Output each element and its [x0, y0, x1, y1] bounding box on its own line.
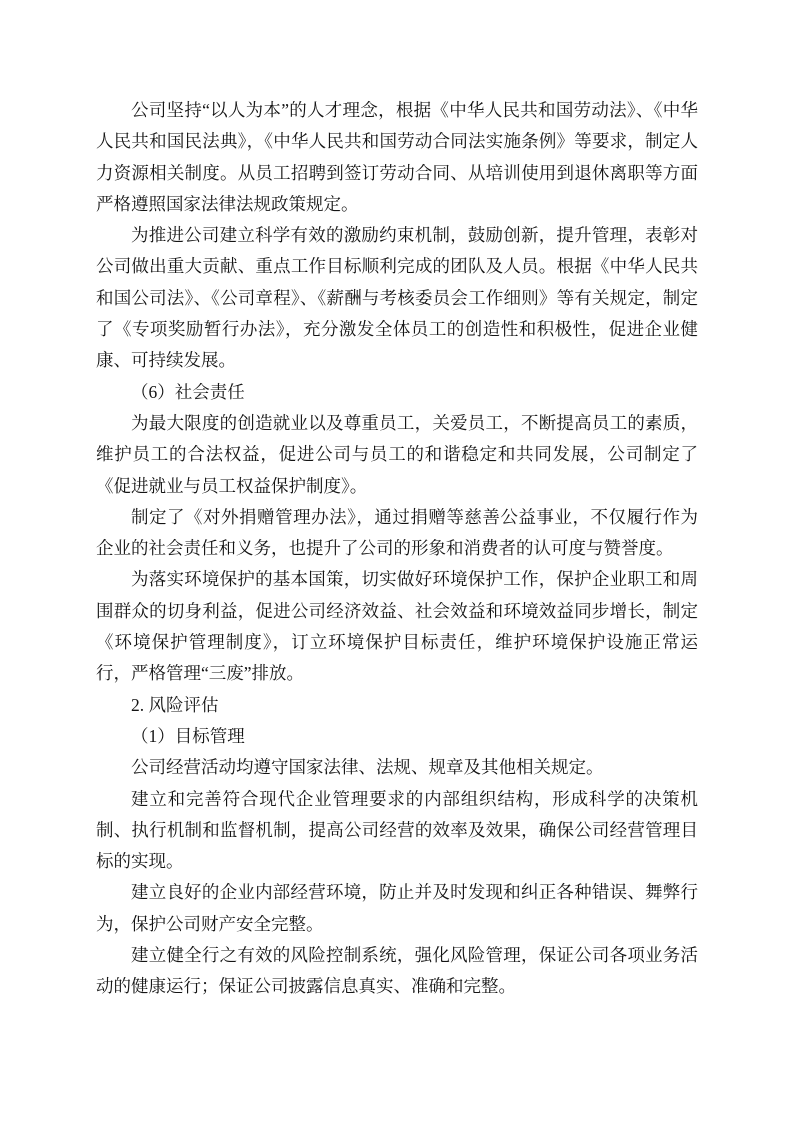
paragraph: 制定了《对外捐赠管理办法》，通过捐赠等慈善公益事业，不仅履行作为企业的社会责任和…	[96, 502, 698, 565]
paragraph: 建立和完善符合现代企业管理要求的内部组织结构，形成科学的决策机制、执行机制和监督…	[96, 784, 698, 878]
section-heading: 2. 风险评估	[96, 690, 698, 721]
section-heading: （6）社会责任	[96, 377, 698, 408]
paragraph: 公司经营活动均遵守国家法律、法规、规章及其他相关规定。	[96, 752, 698, 783]
paragraph: 公司坚持“以人为本”的人才理念，根据《中华人民共和国劳动法》、《中华人民共和国民…	[96, 95, 698, 220]
paragraph: 为推进公司建立科学有效的激励约束机制，鼓励创新，提升管理，表彰对公司做出重大贡献…	[96, 220, 698, 376]
paragraph: 为落实环境保护的基本国策，切实做好环境保护工作，保护企业职工和周围群众的切身利益…	[96, 564, 698, 689]
paragraph: 为最大限度的创造就业以及尊重员工，关爱员工，不断提高员工的素质，维护员工的合法权…	[96, 408, 698, 502]
paragraph: 建立良好的企业内部经营环境，防止并及时发现和纠正各种错误、舞弊行为，保护公司财产…	[96, 877, 698, 940]
document-page: 公司坚持“以人为本”的人才理念，根据《中华人民共和国劳动法》、《中华人民共和国民…	[0, 0, 793, 1122]
paragraph: 建立健全行之有效的风险控制系统，强化风险管理，保证公司各项业务活动的健康运行；保…	[96, 940, 698, 1003]
section-heading: （1）目标管理	[96, 721, 698, 752]
document-text-body: 公司坚持“以人为本”的人才理念，根据《中华人民共和国劳动法》、《中华人民共和国民…	[96, 95, 698, 1003]
